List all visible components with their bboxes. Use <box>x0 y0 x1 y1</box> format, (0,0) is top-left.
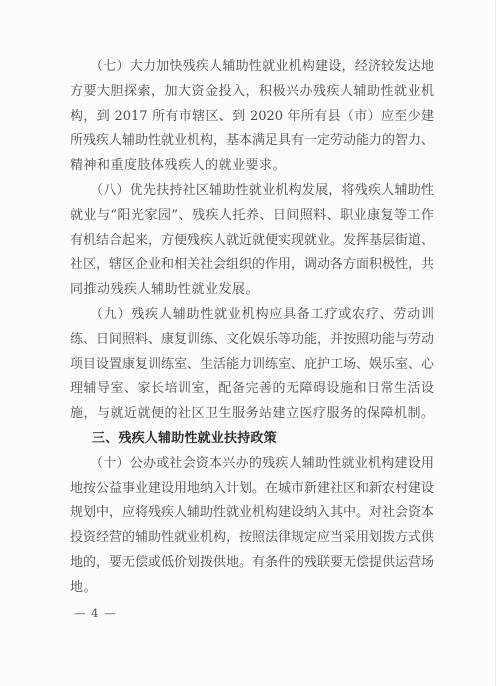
paragraph-line: 施，与就近就便的社区卫生服务站建立医疗服务的保障机制。 <box>70 402 434 427</box>
paragraph-line: （十）公办或社会资本兴办的残疾人辅助性就业机构建设用 <box>70 452 434 477</box>
paragraph-line: 所残疾人辅助性就业机构，基本满足具有一定劳动能力的智力、 <box>70 129 434 154</box>
paragraph-line: 地的，要无偿或低价划拨供地。有条件的残联要无偿提供运营场 <box>70 551 434 576</box>
section-heading-text: 三、残疾人辅助性就业扶持政策 <box>70 427 434 452</box>
paragraph-item-10: （十）公办或社会资本兴办的残疾人辅助性就业机构建设用 地按公益事业建设用地纳入计… <box>70 452 434 601</box>
paragraph-line: 同推动残疾人辅助性就业发展。 <box>70 278 434 303</box>
paragraph-line: 地按公益事业建设用地纳入计划。在城市新建社区和新农村建设 <box>70 477 434 502</box>
paragraph-line: （七）大力加快残疾人辅助性就业机构建设，经济较发达地 <box>70 55 434 80</box>
paragraph-line: 社区，辖区企业和相关社会组织的作用，调动各方面积极性，共 <box>70 253 434 278</box>
paragraph-line: 有机结合起来，方便残疾人就近就便实现就业。发挥基层街道、 <box>70 229 434 254</box>
paragraph-line: （八）优先扶持社区辅助性就业机构发展，将残疾人辅助性 <box>70 179 434 204</box>
page-outside-margin <box>496 0 500 686</box>
document-page-body: （七）大力加快残疾人辅助性就业机构建设，经济较发达地 方要大胆探索，加大资金投入… <box>70 55 434 625</box>
paragraph-item-7: （七）大力加快残疾人辅助性就业机构建设，经济较发达地 方要大胆探索，加大资金投入… <box>70 55 434 179</box>
paragraph-line: 投资经营的辅助性就业机构，按照法律规定应当采用划拨方式供 <box>70 526 434 551</box>
paragraph-line: 理辅导室、家长培训室，配备完善的无障碍设施和日常生活设 <box>70 377 434 402</box>
page-number: — 4 — <box>70 601 434 626</box>
paragraph-line: 规划中，应将残疾人辅助性就业机构建设纳入其中。对社会资本 <box>70 501 434 526</box>
paragraph-line: 精神和重度肢体残疾人的就业要求。 <box>70 154 434 179</box>
section-heading: 三、残疾人辅助性就业扶持政策 <box>70 427 434 452</box>
paragraph-line: 方要大胆探索，加大资金投入，积极兴办残疾人辅助性就业机 <box>70 80 434 105</box>
paragraph-line: 就业与“阳光家园”、残疾人托养、日间照料、职业康复等工作 <box>70 204 434 229</box>
paragraph-line: 练、日间照料、康复训练、文化娱乐等功能，并按照功能与劳动 <box>70 328 434 353</box>
paragraph-line: 构，到 2017 所有市辖区、到 2020 年所有县（市）应至少建有一 <box>70 105 434 130</box>
paragraph-item-9: （九）残疾人辅助性就业机构应具备工疗或农疗、劳动训 练、日间照料、康复训练、文化… <box>70 303 434 427</box>
paragraph-line: 地。 <box>70 576 434 601</box>
paragraph-item-8: （八）优先扶持社区辅助性就业机构发展，将残疾人辅助性 就业与“阳光家园”、残疾人… <box>70 179 434 303</box>
paragraph-line: 项目设置康复训练室、生活能力训练室、庇护工场、娱乐室、心 <box>70 353 434 378</box>
paragraph-line: （九）残疾人辅助性就业机构应具备工疗或农疗、劳动训 <box>70 303 434 328</box>
